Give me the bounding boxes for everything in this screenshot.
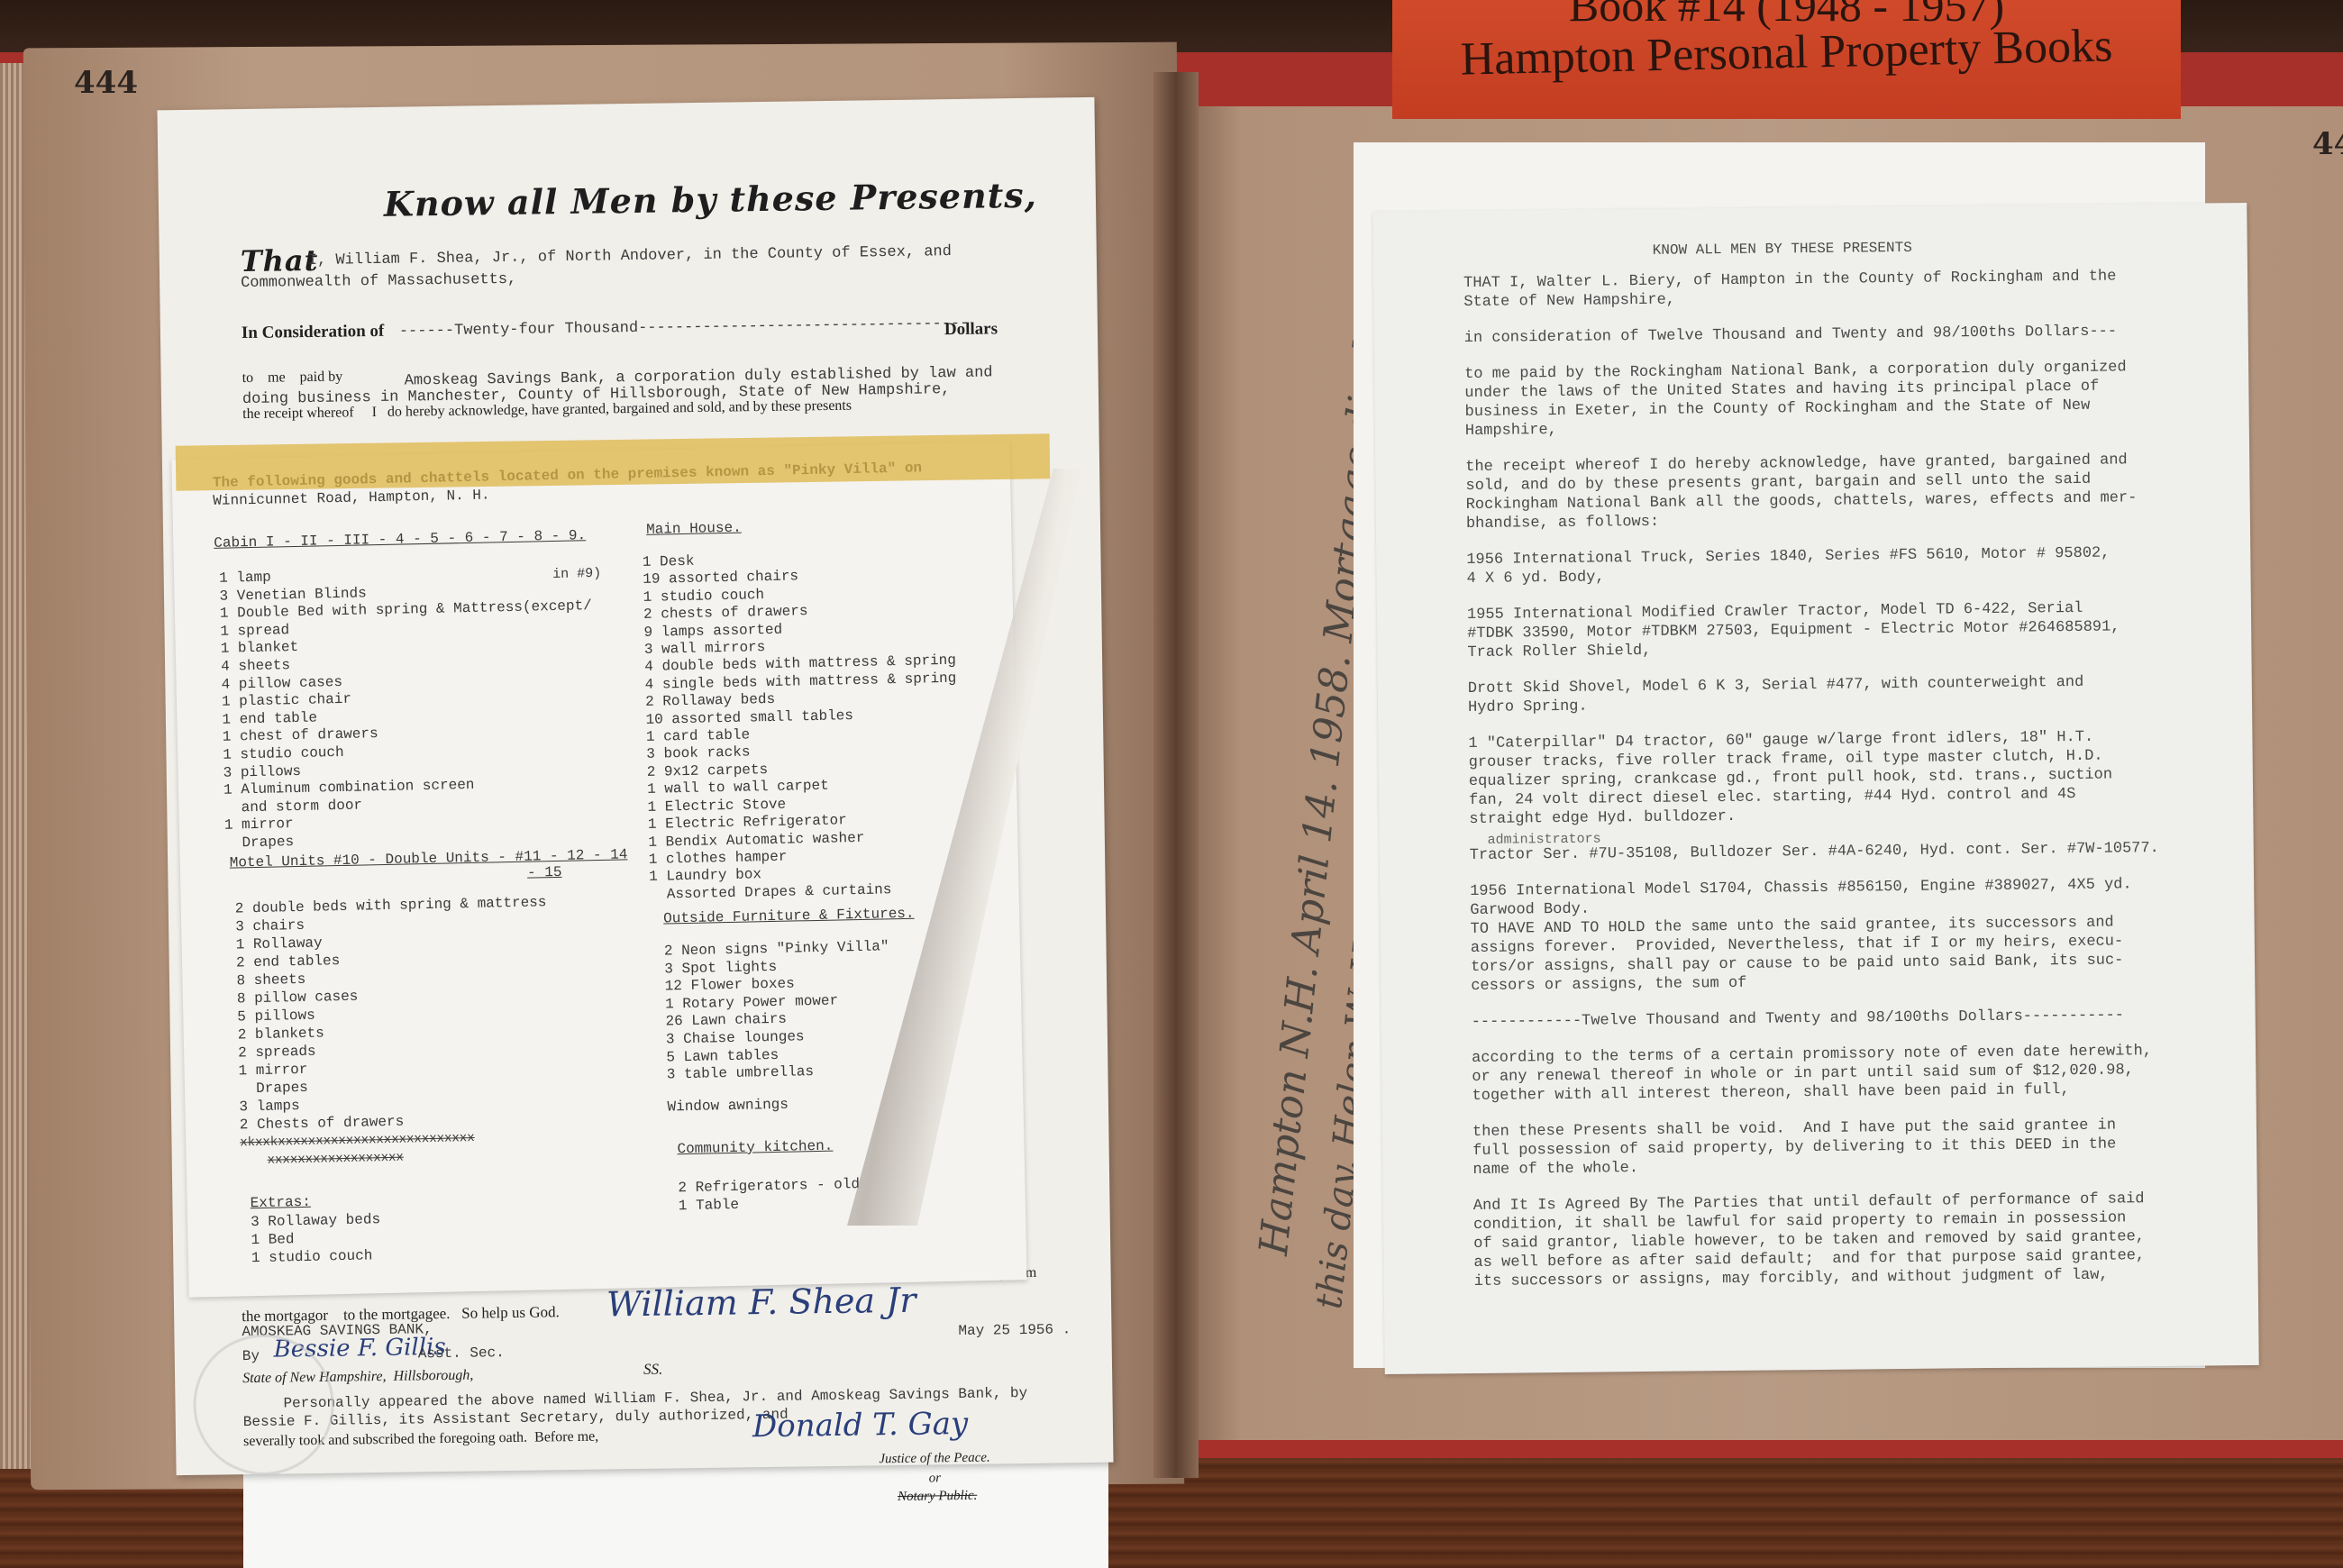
mortgage-deed-right: KNOW ALL MEN BY THESE PRESENTS THAT I, W… bbox=[1372, 203, 2258, 1374]
deed-paragraph: ------------Twelve Thousand and Twenty a… bbox=[1472, 1006, 2125, 1032]
list-item: 2 Refrigerators - old bbox=[678, 1175, 860, 1197]
interlined-word: administrators bbox=[1487, 830, 1600, 850]
deed-paragraph: 1955 International Modified Crawler Trac… bbox=[1467, 598, 2120, 662]
right-deed-title: KNOW ALL MEN BY THESE PRESENTS bbox=[1653, 239, 1912, 260]
list-item: 1 Table bbox=[679, 1193, 861, 1215]
justice-signature: Donald T. Gay bbox=[752, 1406, 969, 1445]
deed-line: ------------Twelve Thousand and Twenty a… bbox=[1472, 1006, 2125, 1032]
main-house-heading: Main House. bbox=[646, 520, 742, 538]
kitchen-heading: Community kitchen. bbox=[677, 1138, 833, 1158]
deed-paragraph: And It Is Agreed By The Parties that unt… bbox=[1473, 1190, 2146, 1291]
main-house-item-list: 1 Desk19 assorted chairs1 studio couch2 … bbox=[643, 548, 962, 904]
deed-paragraph: according to the terms of a certain prom… bbox=[1472, 1042, 2153, 1106]
cabins-heading: Cabin I - II - III - 4 - 5 - 6 - 7 - 8 -… bbox=[214, 527, 586, 552]
motel-struck-1: xkxxkxxxxxxxxxxxxxxxxxxxxxxxxxx bbox=[240, 1131, 475, 1150]
outside-heading: Outside Furniture & Fixtures. bbox=[663, 906, 915, 927]
list-item: Window awnings bbox=[667, 1094, 892, 1117]
paid-by-label: to me paid by bbox=[242, 369, 343, 387]
notary-label: Notary Public. bbox=[898, 1489, 978, 1505]
deed-paragraph: 1 "Caterpillar" D4 tractor, 60" gauge w/… bbox=[1468, 728, 2112, 829]
deed-paragraph: in consideration of Twelve Thousand and … bbox=[1464, 322, 2118, 348]
motel-struck-2: xxxxxxxxxxxxxxxxxx bbox=[268, 1151, 405, 1168]
grantor-line: I, William F. Shea, Jr., of North Andove… bbox=[308, 243, 952, 269]
motel-item-list: 2 double beds with spring & mattress3 ch… bbox=[235, 893, 552, 1134]
consideration-label: In Consideration of bbox=[242, 322, 385, 343]
deed-title: Know all Men by these Presents, bbox=[384, 175, 1038, 224]
extras-item-list: 3 Rollaway beds1 Bed1 studio couch bbox=[251, 1210, 381, 1267]
deed-paragraph: THAT I, Walter L. Biery, of Hampton in t… bbox=[1463, 267, 2117, 312]
list-item: 3 Rollaway beds bbox=[251, 1210, 380, 1231]
justice-label: Justice of the Peace. bbox=[879, 1451, 990, 1468]
kitchen-item-list: 2 Refrigerators - old1 Table bbox=[678, 1175, 860, 1215]
deed-paragraph: Drott Skid Shovel, Model 6 K 3, Serial #… bbox=[1468, 673, 2084, 717]
deed-paragraph: to me paid by the Rockingham National Ba… bbox=[1464, 358, 2127, 441]
grantor-line2: Commonwealth of Massachusetts, bbox=[241, 271, 516, 292]
book-gutter bbox=[1153, 72, 1199, 1478]
motel-heading-cont: - 15 bbox=[527, 864, 562, 881]
insert-intro-2: Winnicunnet Road, Hampton, N. H. bbox=[213, 487, 490, 508]
deed-paragraph: then these Presents shall be void. And I… bbox=[1472, 1117, 2117, 1180]
asst-sec-label: Asst. Sec. bbox=[418, 1345, 505, 1362]
ss-label: SS. bbox=[643, 1361, 663, 1379]
list-item: 1 studio couch bbox=[251, 1246, 381, 1267]
cabins-item-list: 1 lamp3 Venetian Blinds1 Double Bed with… bbox=[219, 562, 597, 852]
outside-item-list: 2 Neon signs "Pinky Villa"3 Spot lights1… bbox=[664, 938, 893, 1117]
consideration-value: ------Twenty-four Thousand--------------… bbox=[399, 315, 970, 341]
embossed-seal bbox=[192, 1334, 334, 1476]
or-label: or bbox=[929, 1471, 942, 1486]
dollars-label: Dollars bbox=[944, 319, 998, 340]
page-number-left: 444 bbox=[74, 65, 138, 101]
page-number-right: 44 bbox=[2312, 126, 2343, 162]
signing-date: May 25 1956 . bbox=[958, 1321, 1071, 1339]
deed-line: in consideration of Twelve Thousand and … bbox=[1464, 322, 2118, 348]
deed-paragraph: 1956 International Truck, Series 1840, S… bbox=[1466, 544, 2111, 588]
extras-heading: Extras: bbox=[250, 1194, 311, 1211]
right-deed-body: THAT I, Walter L. Biery, of Hampton in t… bbox=[1463, 266, 2238, 274]
deed-paragraph: 1956 International Model S1704, Chassis … bbox=[1470, 875, 2133, 996]
deed-paragraph: the receipt whereof I do hereby acknowle… bbox=[1465, 451, 2138, 533]
archive-label: Book #14 (1948 - 1957) Hampton Personal … bbox=[1392, 0, 2181, 119]
